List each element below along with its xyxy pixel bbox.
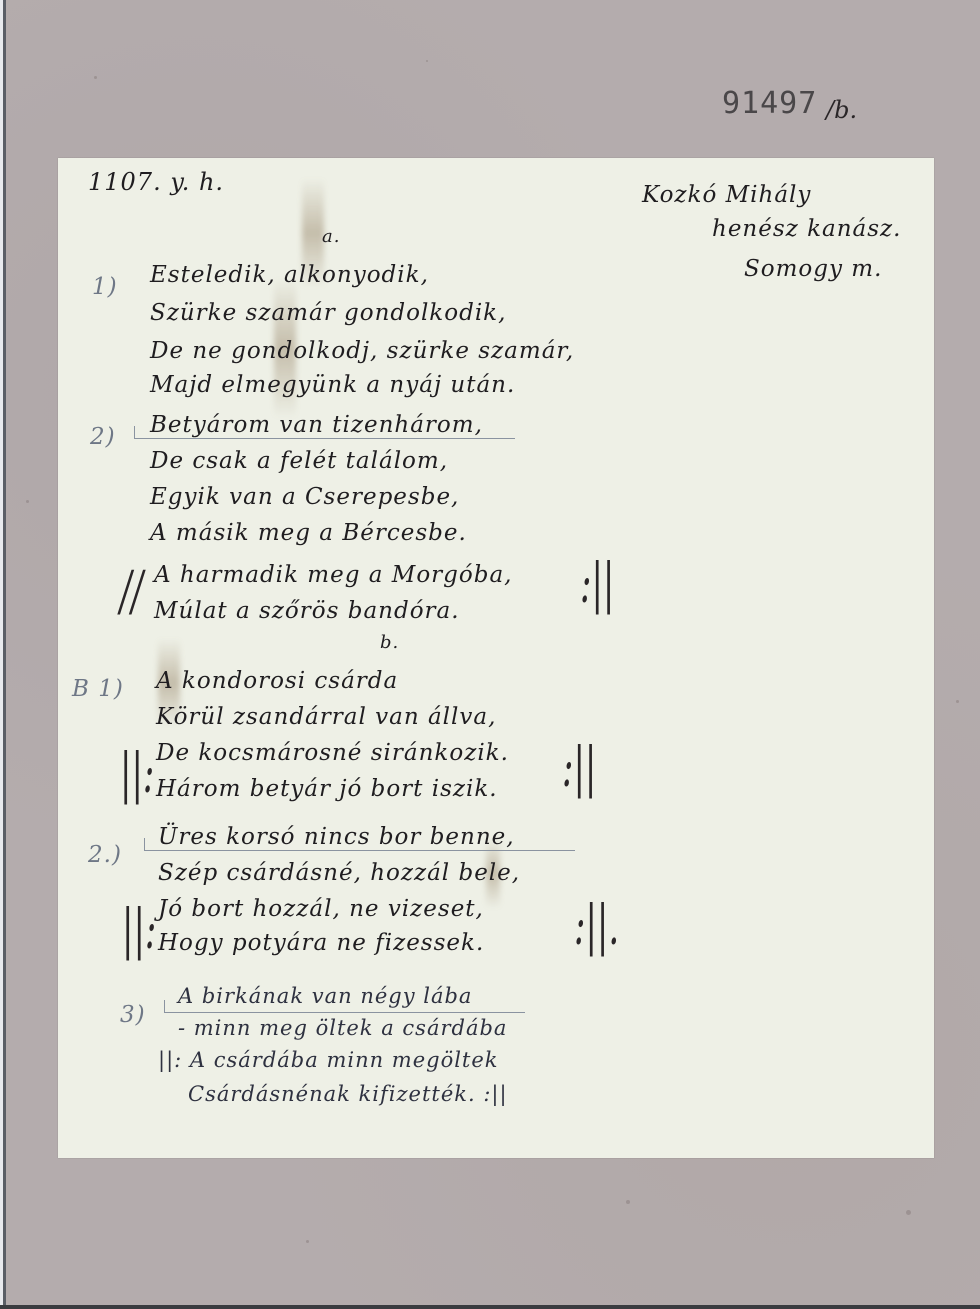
- song-line: - minn meg öltek a csárdába: [178, 1016, 507, 1040]
- song-line: Jó bort hozzál, ne vizeset,: [158, 896, 484, 922]
- card-edge-bottom: [0, 1305, 980, 1309]
- song-line: A kondorosi csárda: [156, 668, 398, 694]
- song-line: De ne gondolkodj, szürke szamár,: [150, 338, 574, 364]
- song-number: 2): [90, 424, 116, 450]
- paper-speck: [956, 700, 959, 703]
- song-line: Három betyár jó bort iszik.: [156, 776, 498, 802]
- repeat-start-mark: //: [120, 560, 143, 624]
- section-a-label: a.: [322, 226, 340, 247]
- repeat-end-mark: :||: [580, 552, 614, 616]
- repeat-end-mark: :||: [562, 736, 596, 800]
- song-number: 2.): [88, 842, 122, 868]
- repeat-start-mark: ||:: [122, 898, 156, 962]
- informant-name: Kozkó Mihály: [642, 182, 811, 208]
- paper-speck: [626, 1200, 630, 1204]
- informant-occupation: henész kanász.: [712, 216, 902, 242]
- song-line: Üres korsó nincs bor benne,: [158, 824, 515, 850]
- song-line: Szürke szamár gondolkodik,: [150, 300, 506, 326]
- song-line: Esteledik, alkonyodik,: [150, 262, 429, 288]
- informant-county: Somogy m.: [744, 256, 882, 282]
- song-line: De kocsmárosné siránkozik.: [156, 740, 509, 766]
- song-number: 1): [92, 274, 118, 300]
- song-line: Hogy potyára ne fizessek.: [158, 930, 484, 956]
- song-number: 3): [120, 1002, 146, 1028]
- song-line: Körül zsandárral van állva,: [156, 704, 496, 730]
- song-number: B 1): [72, 676, 124, 702]
- repeat-end-mark: :||.: [574, 894, 619, 958]
- section-b-label: b.: [380, 632, 399, 653]
- archive-stamp-number: 91497: [722, 86, 817, 121]
- paper-speck: [426, 60, 428, 62]
- repeat-start-mark: ||:: [120, 742, 154, 806]
- paper-speck: [94, 76, 97, 79]
- song-line: ||: A csárdába minn megöltek: [158, 1048, 499, 1072]
- song-line: A harmadik meg a Morgóba,: [154, 562, 512, 588]
- paper-speck: [306, 1240, 309, 1243]
- song-line: Egyik van a Cserepesbe,: [150, 484, 459, 510]
- song-line: Betyárom van tizenhárom,: [150, 412, 483, 438]
- archive-stamp-suffix: /b.: [826, 96, 857, 124]
- song-line: Csárdásnénak kifizették. :||: [188, 1082, 508, 1106]
- manuscript-sheet: 1107. y. h. Kozkó Mihály henész kanász. …: [58, 158, 934, 1158]
- catalog-reference: 1107. y. h.: [88, 168, 224, 196]
- paper-speck: [26, 500, 29, 503]
- song-line: De csak a felét találom,: [150, 448, 448, 474]
- song-line: Múlat a szőrös bandóra.: [154, 598, 460, 624]
- song-line: Szép csárdásné, hozzál bele,: [158, 860, 520, 886]
- paper-speck: [906, 1210, 911, 1215]
- song-line: A birkának van négy lába: [178, 984, 472, 1008]
- song-line: Majd elmegyünk a nyáj után.: [150, 372, 515, 398]
- song-line: A másik meg a Bércesbe.: [150, 520, 467, 546]
